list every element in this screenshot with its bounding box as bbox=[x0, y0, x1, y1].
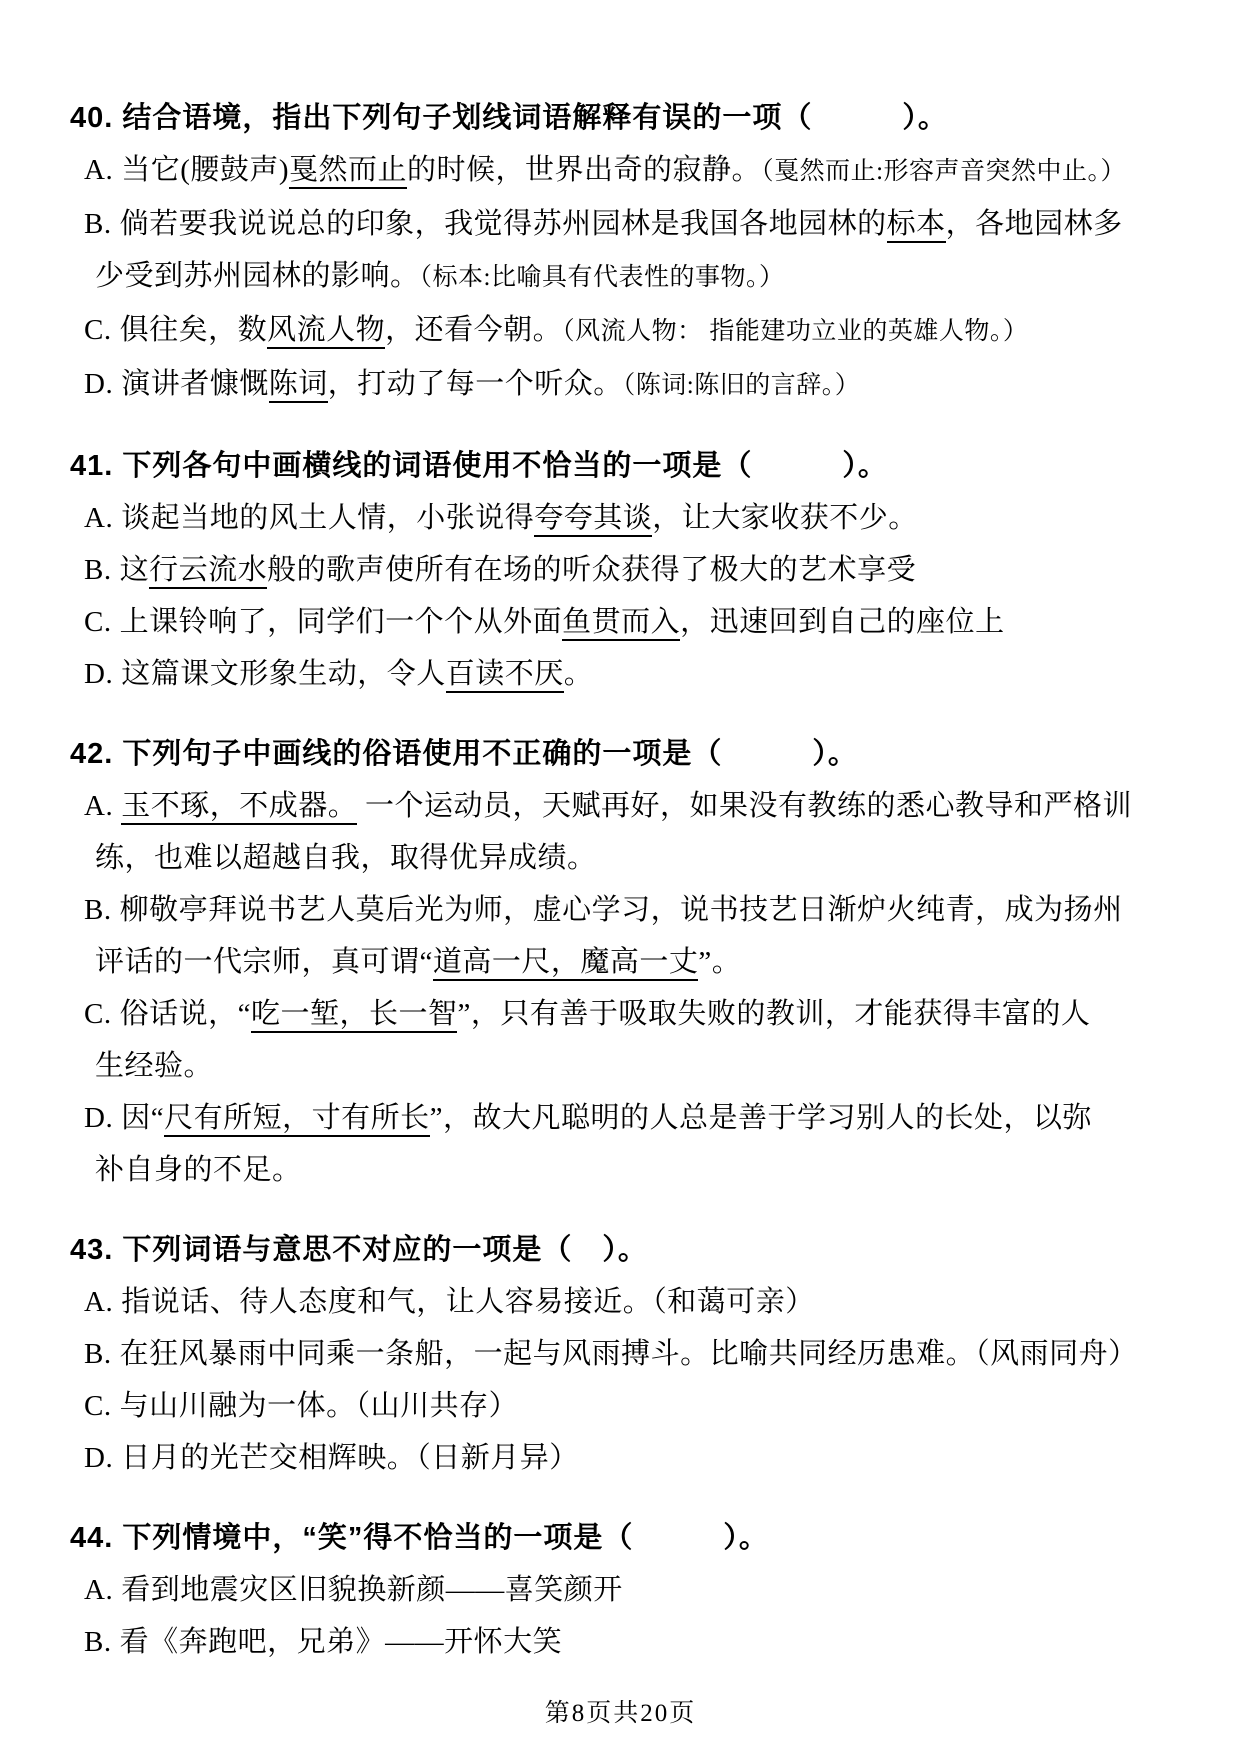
question-43-option-b: B.在狂风暴雨中同乘一条船，一起与风雨搏斗。比喻共同经历患难。（风雨同舟） bbox=[84, 1328, 1185, 1380]
option-text: 倘若要我说说总的印象，我觉得苏州园林是我国各地园林的 bbox=[120, 208, 887, 240]
gloss-text: （陈词:陈旧的言辞。） bbox=[623, 372, 860, 399]
question-40-option-c: C.俱往矣，数风流人物，还看今朝。（风流人物： 指能建功立业的英雄人物。） bbox=[84, 304, 1185, 358]
option-text: 评话的一代宗师，真可谓“ bbox=[95, 946, 433, 978]
option-text: ，让大家收获不少。 bbox=[652, 502, 918, 534]
questions-container: 40. 结合语境，指出下列句子划线词语解释有误的一项（ ）。A.当它(腰鼓声)戛… bbox=[70, 92, 1185, 1668]
option-label: A. bbox=[84, 790, 113, 822]
question-42-option-d: D.因“尺有所短，寸有所长”，故大凡聪明的人总是善于学习别人的长处，以弥补自身的… bbox=[84, 1092, 1185, 1196]
question-42: 42. 下列句子中画线的俗语使用不正确的一项是（ ）。A.玉不琢，不成器。 一个… bbox=[70, 728, 1185, 1196]
option-text: 俱往矣，数 bbox=[120, 314, 268, 346]
underlined-phrase: 行云流水 bbox=[149, 554, 267, 589]
option-text: ，打动了每一个听众。 bbox=[328, 368, 623, 400]
option-label: C. bbox=[84, 1390, 112, 1422]
option-text: 谈起当地的风土人情，小张说得 bbox=[121, 502, 534, 534]
option-text: 上课铃响了，同学们一个个从外面 bbox=[120, 606, 563, 638]
question-41-option-a: A.谈起当地的风土人情，小张说得夸夸其谈，让大家收获不少。 bbox=[84, 492, 1185, 544]
option-label: D. bbox=[84, 1102, 113, 1134]
option-text: ，各地园林多 bbox=[946, 208, 1123, 240]
question-44: 44. 下列情境中，“笑”得不恰当的一项是（ ）。A.看到地震灾区旧貌换新颜——… bbox=[70, 1512, 1185, 1668]
underlined-phrase: 玉不琢，不成器。 bbox=[121, 790, 357, 825]
option-text: 当它(腰鼓声) bbox=[121, 154, 289, 186]
question-41-option-b: B.这行云流水般的歌声使所有在场的听众获得了极大的艺术享受 bbox=[84, 544, 1185, 596]
underlined-phrase: 戛然而止 bbox=[289, 154, 407, 189]
exam-page: 40. 结合语境，指出下列句子划线词语解释有误的一项（ ）。A.当它(腰鼓声)戛… bbox=[0, 0, 1241, 1755]
option-text: 补自身的不足。 bbox=[95, 1154, 302, 1186]
question-41-title: 41. 下列各句中画横线的词语使用不恰当的一项是（ ）。 bbox=[70, 440, 1185, 492]
option-text: 练，也难以超越自我，取得优异成绩。 bbox=[95, 842, 597, 874]
question-41: 41. 下列各句中画横线的词语使用不恰当的一项是（ ）。A.谈起当地的风土人情，… bbox=[70, 440, 1185, 700]
option-text: ”，故大凡聪明的人总是善于学习别人的长处，以弥 bbox=[430, 1102, 1092, 1134]
option-text: 俗话说，“ bbox=[120, 998, 251, 1030]
question-43: 43. 下列词语与意思不对应的一项是（ ）。A.指说话、待人态度和气，让人容易接… bbox=[70, 1224, 1185, 1484]
option-label: A. bbox=[84, 154, 113, 186]
option-label: D. bbox=[84, 368, 113, 400]
option-text: 一个运动员，天赋再好，如果没有教练的悉心教导和严格训 bbox=[357, 790, 1132, 822]
option-label: C. bbox=[84, 314, 112, 346]
gloss-text: （标本:比喻具有代表性的事物。） bbox=[420, 264, 785, 291]
question-42-title: 42. 下列句子中画线的俗语使用不正确的一项是（ ）。 bbox=[70, 728, 1185, 780]
question-40-option-d: D.演讲者慷慨陈词，打动了每一个听众。（陈词:陈旧的言辞。） bbox=[84, 358, 1185, 412]
option-label: B. bbox=[84, 894, 112, 926]
underlined-phrase: 道高一尺，魔高一丈 bbox=[433, 946, 699, 981]
question-44-title: 44. 下列情境中，“笑”得不恰当的一项是（ ）。 bbox=[70, 1512, 1185, 1564]
option-label: D. bbox=[84, 1442, 113, 1474]
question-42-option-c: C.俗话说，“吃一堑，长一智”，只有善于吸取失败的教训，才能获得丰富的人生经验。 bbox=[84, 988, 1185, 1092]
question-40-option-b: B.倘若要我说说总的印象，我觉得苏州园林是我国各地园林的标本，各地园林多少受到苏… bbox=[84, 198, 1185, 304]
option-text: 看到地震灾区旧貌换新颜——喜笑颜开 bbox=[121, 1574, 623, 1606]
option-text: 少受到苏州园林的影响。 bbox=[95, 260, 420, 292]
option-text: ，迅速回到自己的座位上 bbox=[680, 606, 1005, 638]
question-42-option-b: B.柳敬亭拜说书艺人莫后光为师，虚心学习，说书技艺日渐炉火纯青，成为扬州评话的一… bbox=[84, 884, 1185, 988]
option-text: ，还看今朝。 bbox=[385, 314, 562, 346]
underlined-phrase: 夸夸其谈 bbox=[534, 502, 652, 537]
option-text: 日月的光芒交相辉映。（日新月异） bbox=[121, 1442, 579, 1474]
question-44-option-b: B.看《奔跑吧，兄弟》——开怀大笑 bbox=[84, 1616, 1185, 1668]
option-text: 。 bbox=[564, 658, 594, 690]
gloss-text: （戛然而止:形容声音突然中止。） bbox=[761, 158, 1126, 185]
question-43-option-c: C.与山川融为一体。（山川共存） bbox=[84, 1380, 1185, 1432]
option-text: 生经验。 bbox=[95, 1050, 213, 1082]
question-41-option-c: C.上课铃响了，同学们一个个从外面鱼贯而入，迅速回到自己的座位上 bbox=[84, 596, 1185, 648]
option-text: 看《奔跑吧，兄弟》——开怀大笑 bbox=[120, 1626, 563, 1658]
underlined-phrase: 标本 bbox=[887, 208, 946, 243]
option-text: 因“ bbox=[121, 1102, 164, 1134]
option-label: A. bbox=[84, 502, 113, 534]
question-40-option-a: A.当它(腰鼓声)戛然而止的时候，世界出奇的寂静。（戛然而止:形容声音突然中止。… bbox=[84, 144, 1185, 198]
option-text: 演讲者慷慨 bbox=[121, 368, 269, 400]
option-label: C. bbox=[84, 606, 112, 638]
underlined-phrase: 陈词 bbox=[269, 368, 328, 403]
option-label: A. bbox=[84, 1286, 113, 1318]
question-43-option-d: D.日月的光芒交相辉映。（日新月异） bbox=[84, 1432, 1185, 1484]
question-43-title: 43. 下列词语与意思不对应的一项是（ ）。 bbox=[70, 1224, 1185, 1276]
question-40: 40. 结合语境，指出下列句子划线词语解释有误的一项（ ）。A.当它(腰鼓声)戛… bbox=[70, 92, 1185, 412]
option-text: 柳敬亭拜说书艺人莫后光为师，虚心学习，说书技艺日渐炉火纯青，成为扬州 bbox=[120, 894, 1123, 926]
question-43-option-a: A.指说话、待人态度和气，让人容易接近。（和蔼可亲） bbox=[84, 1276, 1185, 1328]
question-40-title: 40. 结合语境，指出下列句子划线词语解释有误的一项（ ）。 bbox=[70, 92, 1185, 144]
question-41-option-d: D.这篇课文形象生动，令人百读不厌。 bbox=[84, 648, 1185, 700]
question-44-option-a: A.看到地震灾区旧貌换新颜——喜笑颜开 bbox=[84, 1564, 1185, 1616]
option-text: ”。 bbox=[698, 946, 741, 978]
underlined-phrase: 鱼贯而入 bbox=[562, 606, 680, 641]
gloss-text: （风流人物： 指能建功立业的英雄人物。） bbox=[562, 318, 1028, 345]
option-label: D. bbox=[84, 658, 113, 690]
option-text: 般的歌声使所有在场的听众获得了极大的艺术享受 bbox=[267, 554, 916, 586]
option-label: B. bbox=[84, 1338, 112, 1370]
option-label: B. bbox=[84, 1626, 112, 1658]
option-text: 的时候，世界出奇的寂静。 bbox=[407, 154, 761, 186]
option-label: A. bbox=[84, 1574, 113, 1606]
option-text: 指说话、待人态度和气，让人容易接近。（和蔼可亲） bbox=[121, 1286, 815, 1318]
option-text: 这 bbox=[120, 554, 150, 586]
option-label: B. bbox=[84, 208, 112, 240]
option-text: 在狂风暴雨中同乘一条船，一起与风雨搏斗。比喻共同经历患难。（风雨同舟） bbox=[120, 1338, 1138, 1370]
underlined-phrase: 百读不厌 bbox=[446, 658, 564, 693]
question-42-option-a: A.玉不琢，不成器。 一个运动员，天赋再好，如果没有教练的悉心教导和严格训练，也… bbox=[84, 780, 1185, 884]
option-text: ”，只有善于吸取失败的教训，才能获得丰富的人 bbox=[457, 998, 1090, 1030]
option-text: 与山川融为一体。（山川共存） bbox=[120, 1390, 519, 1422]
underlined-phrase: 尺有所短，寸有所长 bbox=[164, 1102, 430, 1137]
underlined-phrase: 风流人物 bbox=[267, 314, 385, 349]
underlined-phrase: 吃一堑，长一智 bbox=[251, 998, 458, 1033]
page-footer: 第8页共20页 bbox=[0, 1698, 1241, 1730]
option-label: B. bbox=[84, 554, 112, 586]
option-label: C. bbox=[84, 998, 112, 1030]
option-text: 这篇课文形象生动，令人 bbox=[121, 658, 446, 690]
